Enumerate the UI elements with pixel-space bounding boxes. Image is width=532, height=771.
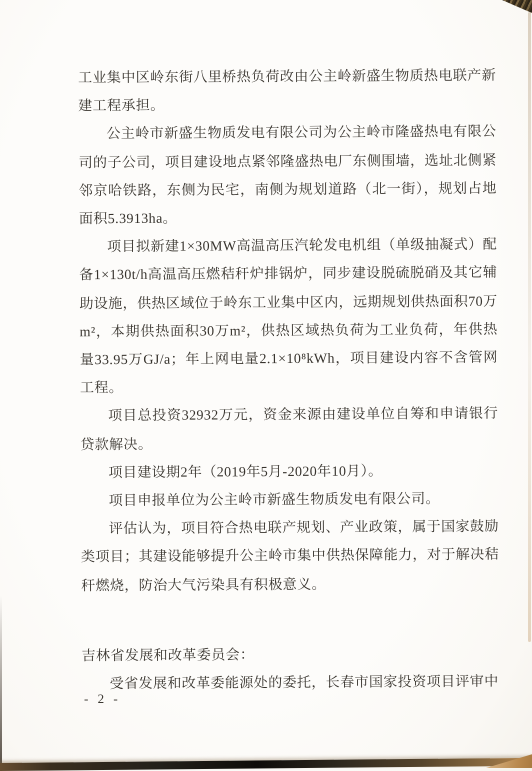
scan-corner-top-right (502, 0, 532, 13)
paragraph: 工业集中区岭东街八里桥热负荷改由公主岭新盛生物质热电联产新建工程承担。 (78, 63, 496, 122)
page-number: - 2 - (84, 691, 121, 707)
document-text-block: 工业集中区岭东街八里桥热负荷改由公主岭新盛生物质热电联产新建工程承担。公主岭市新… (78, 63, 500, 700)
paragraph: 评估认为，项目符合热电联产规划、产业政策，属于国家鼓励类项目；其建设能够提升公主… (81, 514, 500, 601)
scan-shadow-right-edge (528, 12, 531, 642)
paragraph: 吉林省发展和改革委员会： (82, 641, 500, 672)
scan-edge-bottom (0, 758, 532, 771)
paragraph: 项目申报单位为公主岭市新盛生物质发电有限公司。 (81, 486, 499, 517)
paragraph: 受省发展和改革委能源处的委托，长春市国家投资项目评审中 (82, 669, 500, 700)
paragraph: 项目建设期2年（2019年5月-2020年10月）。 (80, 458, 498, 489)
scan-edge-left (0, 596, 2, 771)
scanned-document-page: 工业集中区岭东街八里桥热负荷改由公主岭新盛生物质热电联产新建工程承担。公主岭市新… (0, 0, 532, 771)
paragraph: 项目拟新建1×30MW高温高压汽轮发电机组（单级抽凝式）配备1×130t/h高温… (79, 232, 498, 404)
paragraph: 公主岭市新盛生物质发电有限公司为公主岭市隆盛热电有限公司的子公司，项目建设地点紧… (78, 119, 497, 234)
paragraph: 项目总投资32932万元，资金来源由建设单位自筹和申请银行贷款解决。 (80, 401, 498, 460)
